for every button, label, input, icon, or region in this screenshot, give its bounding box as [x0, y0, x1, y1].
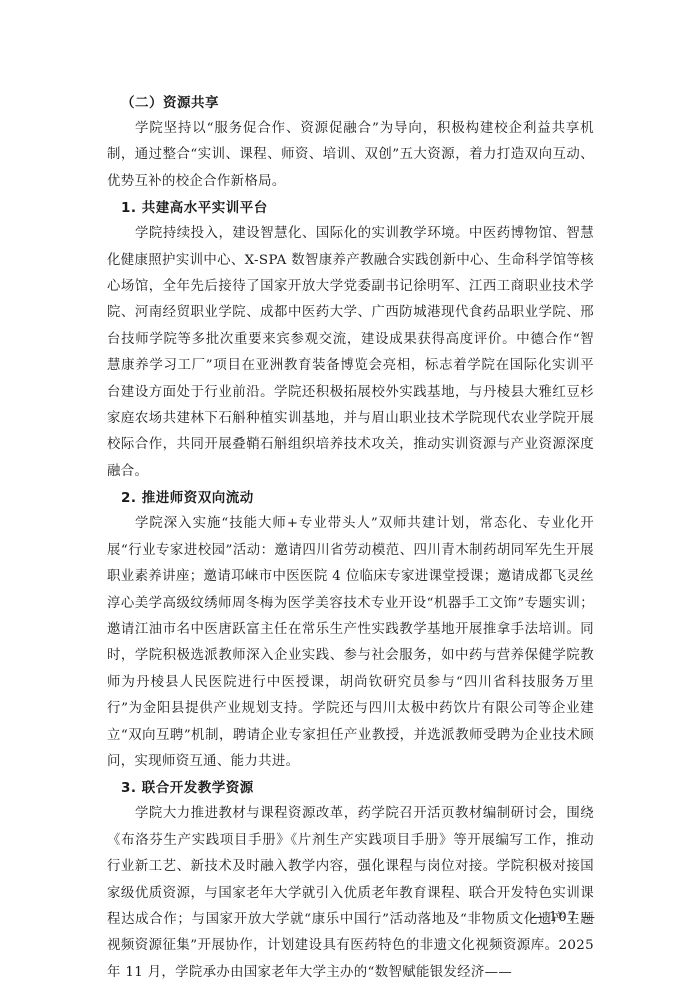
subsection-heading-1: 1. 共建高水平实训平台: [107, 195, 594, 221]
subsection-body-3: 学院大力推进教材与课程资源改革，药学院召开活页教材编制研讨会，围绕《布洛芬生产实…: [107, 801, 594, 986]
page-number: — 107 —: [530, 910, 596, 925]
section-intro-paragraph: 学院坚持以“服务促合作、资源促融合”为导向，积极构建校企利益共享机制，通过整合“…: [107, 116, 594, 195]
subsection-body-1: 学院持续投入，建设智慧化、国际化的实训教学环境。中医药博物馆、智慧化健康照护实训…: [107, 221, 594, 485]
document-page: （二）资源共享 学院坚持以“服务促合作、资源促融合”为导向，积极构建校企利益共享…: [107, 90, 594, 986]
subsection-heading-2: 2. 推进师资双向流动: [107, 485, 594, 511]
section-heading: （二）资源共享: [107, 90, 594, 116]
subsection-heading-3: 3. 联合开发教学资源: [107, 775, 594, 801]
subsection-body-2: 学院深入实施“技能大师+专业带头人”双师共建计划，常态化、专业化开展“行业专家进…: [107, 511, 594, 775]
